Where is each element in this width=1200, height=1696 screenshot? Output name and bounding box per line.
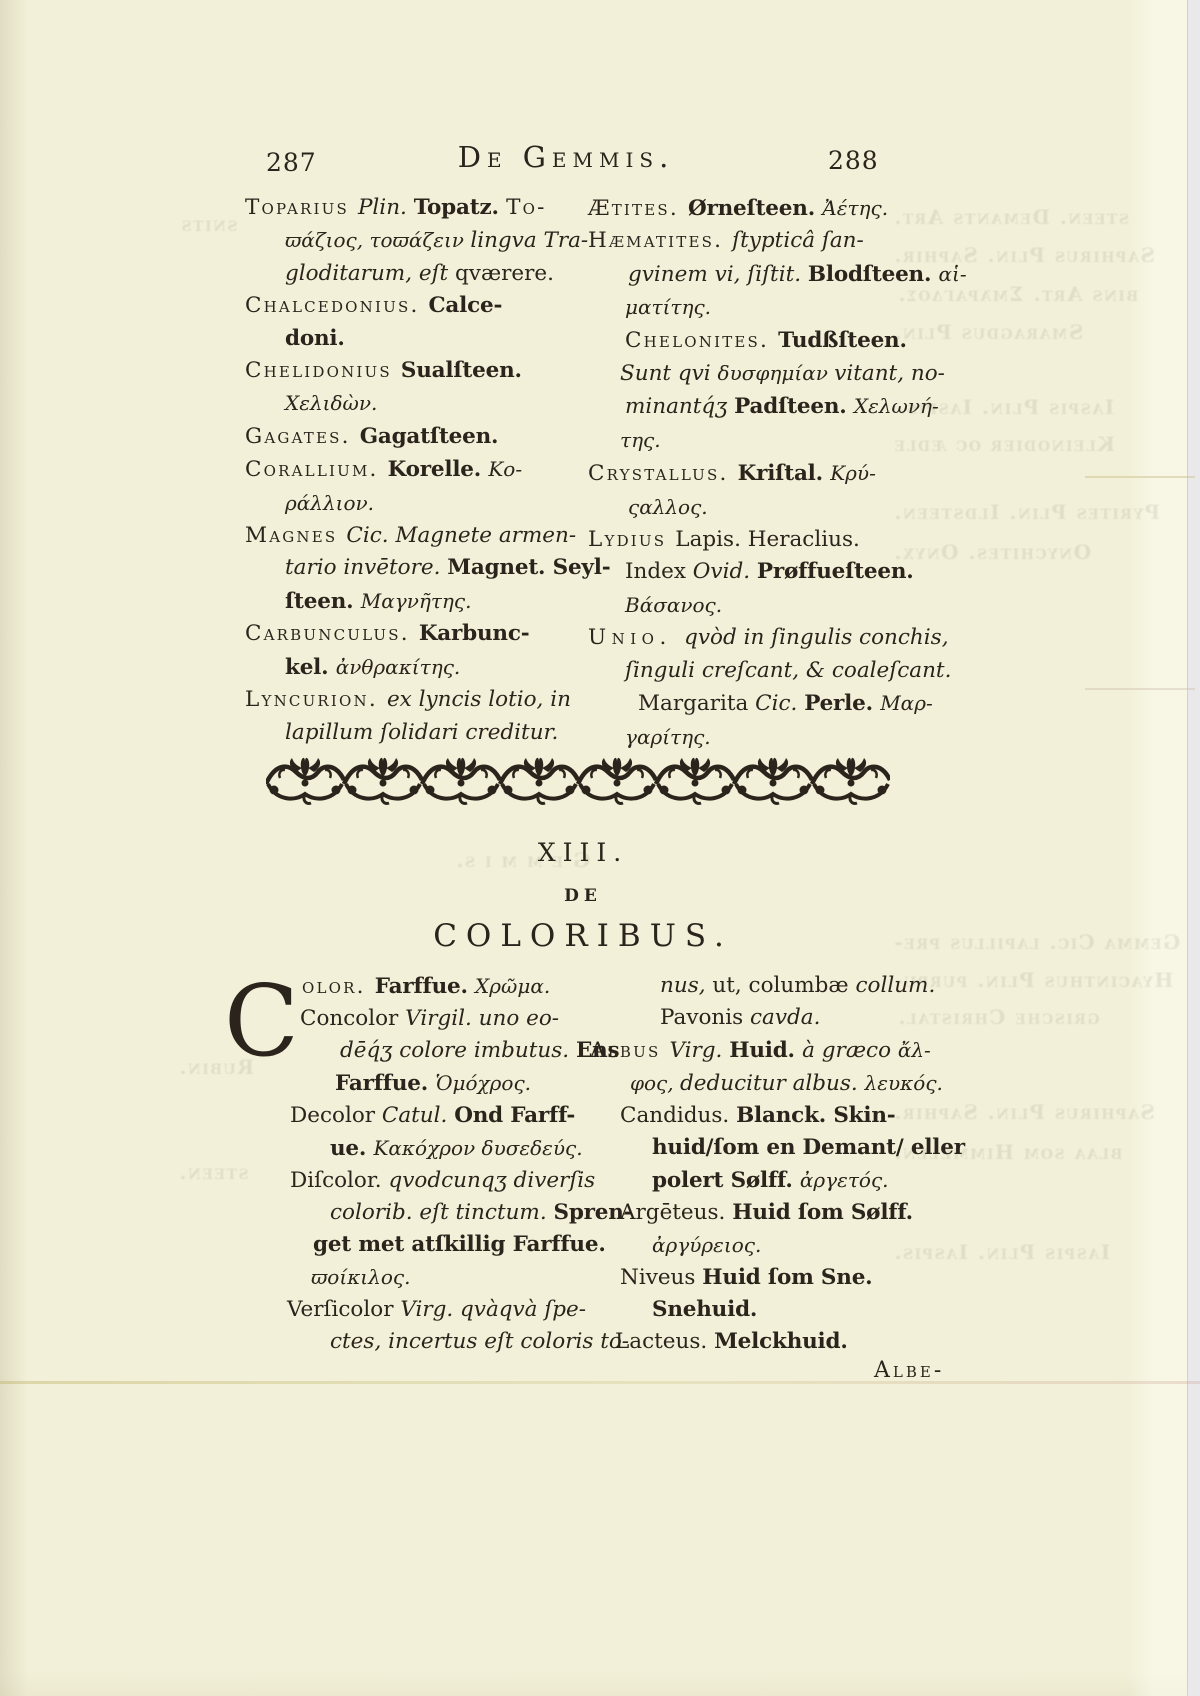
colors-column-left: olor. Farffue. Χρῶμα.Concolor Virgil. un…: [245, 970, 595, 1358]
latin-italic: gvinem vi, ſiſtit.: [628, 262, 808, 287]
latin-roman: Niveus: [620, 1265, 702, 1290]
text-line: Toparius Plin. Topatz. To-: [245, 192, 595, 224]
latin-italic: Catul.: [382, 1103, 454, 1128]
bleedthrough-fragment: ſteen.: [178, 1160, 249, 1184]
greek: ϖοίκιλος.: [311, 1265, 410, 1289]
greek: Κακόχρον δυσεδεύς.: [373, 1136, 582, 1160]
headword: Lyncurion.: [245, 687, 387, 712]
blackletter: Blanck. Skin-: [736, 1103, 895, 1128]
latin-italic: Sunt qvi: [620, 361, 718, 386]
headword: Albus: [590, 1038, 669, 1063]
latin-italic: Virg.: [669, 1038, 729, 1063]
blackletter: Prøffueſteen.: [757, 559, 914, 584]
text-line: Hæmatites. ſtypticâ ſan-: [588, 225, 938, 257]
text-line: tario invētore. Magnet. Seyl-: [245, 552, 595, 584]
text-line: ſteen. Μαγνῆτης.: [245, 585, 595, 618]
text-line: ἀργύρειος.: [590, 1229, 940, 1262]
text-line: doni.: [245, 323, 595, 355]
greek: ἀργύρειος.: [652, 1233, 761, 1257]
latin-roman: qværere.: [455, 261, 554, 286]
text-line: Βάσανος.: [588, 589, 938, 622]
latin-italic: vitant, no-: [834, 361, 945, 386]
page-number-right: 288: [828, 146, 879, 175]
greek: δυσφημίαν: [718, 361, 835, 385]
blackletter: Korelle.: [388, 457, 489, 482]
greek: Κρύ-: [830, 461, 876, 485]
latin-italic: cavda.: [750, 1005, 820, 1030]
book-page-scan: ſteen. Demants Art.Saphirus Plin. Saphir…: [0, 0, 1200, 1696]
gems-column-right: Ætites. Ørneſteen. Ἀέτης.Hæmatites. ſtyp…: [588, 192, 938, 754]
blackletter: Karbunc-: [419, 621, 530, 646]
text-line: Index Ovid. Prøffueſteen.: [588, 556, 938, 588]
latin-roman: Argēteus.: [620, 1200, 732, 1225]
text-line: Chelonites. Tudßſteen.: [588, 325, 938, 357]
latin-roman: Diſcolor.: [290, 1168, 388, 1193]
ornament-band: [266, 750, 890, 808]
greek: ἀργετός.: [800, 1168, 889, 1192]
latin-italic: Virgil. uno eo-: [405, 1006, 559, 1031]
page-number-left: 287: [266, 148, 317, 177]
headword: Chelonites.: [625, 328, 778, 353]
bleedthrough-fragment: ſnits: [180, 212, 237, 236]
blackletter: polert Sølff.: [652, 1168, 800, 1193]
paper-artifact-line: [1085, 476, 1195, 478]
latin-italic: ſinguli creſcant, & coaleſcant.: [625, 658, 951, 683]
colors-column-right: nus, ut, columbæ collum.Pavonis cavda.Al…: [590, 970, 940, 1358]
text-line: minantq́ʒ Padſteen. Χελωνή-: [588, 390, 938, 423]
latin-italic: ſtypticâ ſan-: [732, 228, 864, 253]
latin-roman: Index: [625, 559, 693, 584]
text-line: ue. Κακόχρον δυσεδεύς.: [245, 1132, 595, 1165]
text-line: φος, deducitur albus. λευκός.: [590, 1067, 940, 1100]
headword: Toparius: [245, 195, 358, 220]
text-line: get met atſkillig Farffue.: [245, 1229, 595, 1261]
blackletter: Tudßſteen.: [778, 328, 907, 353]
latin-italic: nus,: [660, 973, 712, 998]
greek: Κο-: [488, 457, 522, 481]
text-line: Niveus Huid ſom Sne.: [590, 1262, 940, 1294]
greek: λευκός.: [865, 1071, 943, 1095]
text-line: Magnes Cic. Magnete armen-: [245, 520, 595, 552]
text-line: nus, ut, columbæ collum.: [590, 970, 940, 1002]
latin-italic: deducitur albus.: [680, 1071, 865, 1096]
latin-roman: ut, columbæ: [712, 973, 855, 998]
latin-italic: à græco: [802, 1038, 898, 1063]
latin-italic: minantq́ʒ: [625, 394, 734, 419]
text-line: της.: [588, 424, 938, 457]
blackletter: Kriſtal.: [738, 461, 831, 486]
headword: Corallium.: [245, 457, 388, 482]
text-line: Χελιδὼν.: [245, 387, 595, 420]
blackletter: get met atſkillig Farffue.: [313, 1232, 606, 1257]
text-line: ςαλλος.: [588, 491, 938, 524]
text-line: Decolor Catul. Ond Farff-: [245, 1100, 595, 1132]
blackletter: ſteen.: [285, 589, 361, 614]
greek: Βάσανος.: [625, 593, 722, 617]
text-line: dēq́ʒ colore imbutus. Ens: [245, 1035, 595, 1067]
text-line: ϖάζιος, τοϖάζειν lingva Tra-: [245, 224, 595, 257]
headword: To-: [506, 195, 547, 220]
text-line: Chalcedonius. Calce-: [245, 290, 595, 322]
headword: Chelidonius: [245, 358, 401, 383]
text-line: Ætites. Ørneſteen. Ἀέτης.: [588, 192, 938, 225]
text-line: Argēteus. Huid ſom Sølff.: [590, 1197, 940, 1229]
blackletter: Topatz.: [414, 195, 506, 220]
blackletter: Magnet. Seyl-: [447, 555, 610, 580]
text-line: Albus Virg. Huid. à græco ἄλ-: [590, 1034, 940, 1067]
latin-italic: Ovid.: [693, 559, 757, 584]
greek: ςαλλος.: [628, 495, 708, 519]
latin-italic: qvodcunqʒ diverſis: [388, 1168, 595, 1193]
text-line: kel. ἀνθρακίτης.: [245, 651, 595, 684]
text-line: Gagates. Gagatſteen.: [245, 421, 595, 453]
text-line: Concolor Virgil. uno eo-: [245, 1003, 595, 1035]
paper-fold-line: [0, 1381, 1200, 1384]
gems-column-left: Toparius Plin. Topatz. To-ϖάζιος, τοϖάζε…: [245, 192, 595, 749]
greek: ἄλ-: [898, 1038, 931, 1062]
scan-edge-strip: [1187, 0, 1200, 1696]
blackletter: Perle.: [804, 691, 880, 716]
blackletter: Huid ſom Sølff.: [732, 1200, 913, 1225]
latin-italic: Virg. qvàqvà ſpe-: [400, 1297, 586, 1322]
greek: Ἀέτης.: [822, 196, 888, 220]
blackletter: Huid ſom Sne.: [702, 1265, 872, 1290]
text-line: Margarita Cic. Perle. Μαρ-: [588, 687, 938, 720]
latin-roman: Lacteus.: [615, 1329, 714, 1354]
chapter-particle: DE: [263, 886, 903, 906]
greek: ματίτης.: [625, 295, 711, 319]
greek: γαρίτης.: [625, 725, 711, 749]
blackletter: Padſteen.: [734, 394, 854, 419]
blackletter: Gagatſteen.: [360, 424, 499, 449]
blackletter: Farffue.: [375, 974, 475, 999]
headword: Lydius: [588, 527, 675, 552]
latin-italic: lingva Tra-: [470, 228, 588, 253]
paper-artifact-line: [1085, 688, 1195, 690]
text-line: olor. Farffue. Χρῶμα.: [245, 970, 595, 1003]
text-line: Chelidonius Sualſteen.: [245, 355, 595, 387]
blackletter: Melckhuid.: [714, 1329, 848, 1354]
blackletter: Sualſteen.: [401, 358, 522, 383]
headword: Hæmatites.: [588, 228, 732, 253]
text-line: gvinem vi, ſiſtit. Blodſteen. αἱ-: [588, 258, 938, 291]
greek: φος,: [630, 1071, 680, 1095]
headword: Carbunculus.: [245, 621, 419, 646]
greek: ἀνθρακίτης.: [336, 655, 461, 679]
catchword: Albe-: [874, 1358, 944, 1383]
latin-italic: dēq́ʒ colore imbutus.: [340, 1038, 576, 1063]
running-title: De Gemmis.: [366, 140, 766, 174]
latin-italic: colorib. eſt tinctum.: [330, 1200, 554, 1225]
latin-roman: Pavonis: [660, 1005, 750, 1030]
bleedthrough-fragment: Gemma Cic. lapillus pre-: [893, 930, 1180, 954]
blackletter: ue.: [330, 1136, 373, 1161]
latin-italic: lapillum ſolidari creditur.: [285, 720, 558, 745]
blackletter: Farffue.: [335, 1071, 435, 1096]
text-line: ſinguli creſcant, & coaleſcant.: [588, 655, 938, 687]
latin-italic: ctes, incertus eſt coloris to-: [330, 1329, 629, 1354]
text-line: Candidus. Blanck. Skin-: [590, 1100, 940, 1132]
text-line: huid/ſom en Demant/ eller: [590, 1132, 940, 1164]
text-line: Snehuid.: [590, 1294, 940, 1326]
text-line: lapillum ſolidari creditur.: [245, 717, 595, 749]
blackletter: Calce-: [429, 293, 503, 318]
text-line: Crystallus. Kriſtal. Κρύ-: [588, 457, 938, 490]
text-line: ράλλιον.: [245, 487, 595, 520]
latin-italic: Cic. Magnete armen-: [346, 523, 576, 548]
blackletter: Ørneſteen.: [688, 196, 822, 221]
headword: Chalcedonius.: [245, 293, 429, 318]
latin-roman: Candidus.: [620, 1103, 736, 1128]
latin-italic: collum.: [855, 973, 935, 998]
headword-spaced: Unio.: [588, 625, 684, 650]
text-line: Lyncurion. ex lyncis lotio, in: [245, 684, 595, 716]
text-line: Farffue. Ὁμόχρος.: [245, 1067, 595, 1100]
blackletter: Snehuid.: [652, 1297, 757, 1322]
text-line: ϖοίκιλος.: [245, 1261, 595, 1294]
blackletter: doni.: [285, 326, 345, 351]
greek: ϖάζιος, τοϖάζειν: [285, 228, 470, 252]
greek: Μαγνῆτης.: [361, 589, 472, 613]
latin-italic: qvòd in ſingulis conchis,: [684, 625, 948, 650]
blackletter: Ond Farff-: [454, 1103, 575, 1128]
latin-roman: Decolor: [290, 1103, 382, 1128]
latin-roman: Verſicolor: [287, 1297, 400, 1322]
greek: αἱ-: [939, 262, 967, 286]
text-line: Verſicolor Virg. qvàqvà ſpe-: [245, 1294, 595, 1326]
headword: Crystallus.: [588, 461, 738, 486]
text-line: Corallium. Korelle. Κο-: [245, 453, 595, 486]
greek: Μαρ-: [880, 691, 933, 715]
headword: Ætites.: [588, 196, 688, 221]
blackletter: kel.: [285, 655, 336, 680]
text-line: colorib. eſt tinctum. Spren-: [245, 1197, 595, 1229]
text-line: γαρίτης.: [588, 721, 938, 754]
headword: olor.: [302, 974, 375, 999]
text-line: ματίτης.: [588, 291, 938, 324]
greek: της.: [620, 428, 661, 452]
text-line: polert Sølff. ἀργετός.: [590, 1164, 940, 1197]
greek: ράλλιον.: [285, 491, 374, 515]
text-line: Lacteus. Melckhuid.: [590, 1326, 940, 1358]
greek: Χελιδὼν.: [285, 391, 377, 415]
text-line: Sunt qvi δυσφημίαν vitant, no-: [588, 357, 938, 390]
text-line: ctes, incertus eſt coloris to-: [245, 1326, 595, 1358]
greek: Ὁμόχρος.: [435, 1071, 531, 1095]
latin-italic: Cic.: [755, 691, 804, 716]
text-line: Pavonis cavda.: [590, 1002, 940, 1034]
blackletter: huid/ſom en Demant/ eller: [652, 1135, 965, 1160]
chapter-title: COLORIBUS.: [263, 918, 903, 954]
text-line: gloditarum, eſt qværere.: [245, 258, 595, 290]
chapter-number: XIII.: [263, 838, 903, 867]
headword: Gagates.: [245, 424, 360, 449]
latin-italic: gloditarum, eſt: [285, 261, 455, 286]
text-line: Lydius Lapis. Heraclius.: [588, 524, 938, 556]
greek: Χρῶμα.: [475, 974, 550, 998]
blackletter: Huid.: [729, 1038, 802, 1063]
text-line: Unio. qvòd in ſingulis conchis,: [588, 622, 938, 654]
blackletter: Blodſteen.: [808, 262, 939, 287]
latin-roman: Lapis. Heraclius.: [675, 527, 860, 552]
text-line: Carbunculus. Karbunc-: [245, 618, 595, 650]
text-line: Diſcolor. qvodcunqʒ diverſis: [245, 1165, 595, 1197]
latin-italic: Plin.: [358, 195, 414, 220]
latin-roman: Margarita: [638, 691, 755, 716]
greek: Χελωνή-: [854, 394, 939, 418]
latin-italic: tario invētore.: [285, 555, 447, 580]
latin-italic: ex lyncis lotio, in: [387, 687, 571, 712]
latin-roman: Concolor: [300, 1006, 405, 1031]
headword: Magnes: [245, 523, 346, 548]
